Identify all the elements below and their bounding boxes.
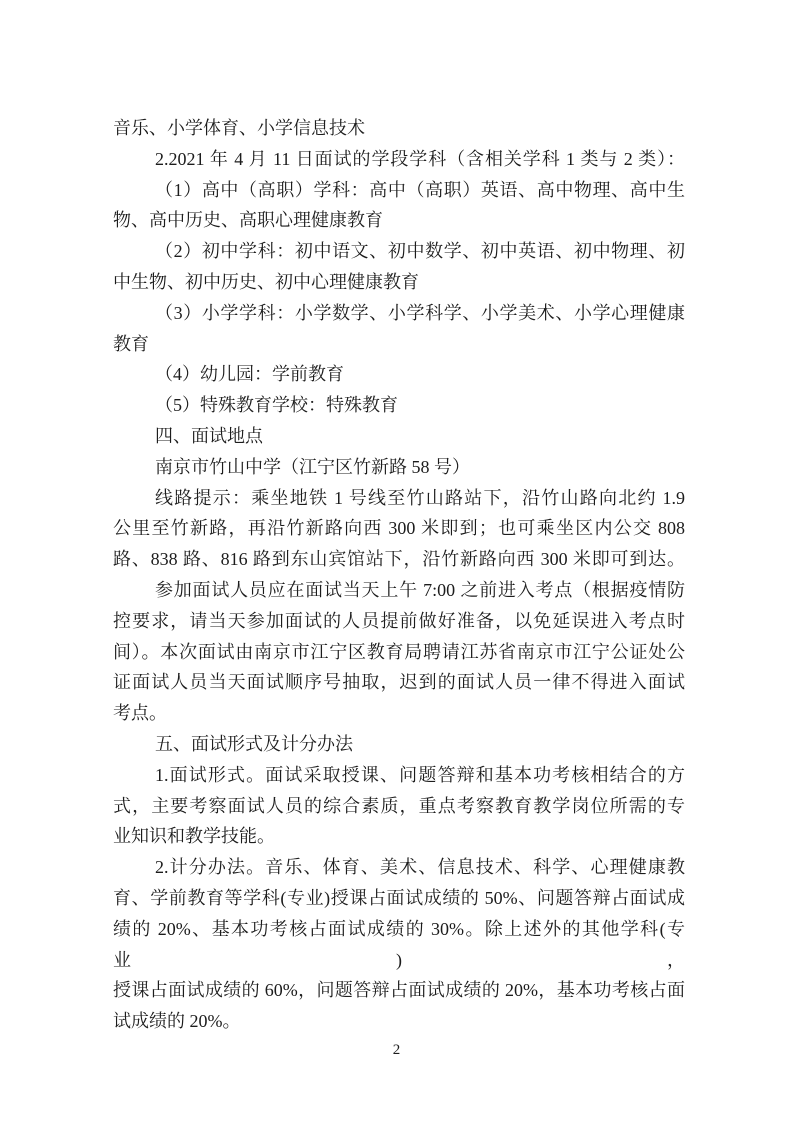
text-line: 中生物、初中历史、初中心理健康教育 — [113, 267, 685, 298]
text-line: 教育 — [113, 329, 685, 360]
text-line: 绩的 20%、基本功考核占面试成绩的 30%。除上述外的其他学科(专业)， — [113, 914, 685, 976]
page-number: 2 — [393, 1042, 401, 1058]
paragraph: 参加面试人员应在面试当天上午 7:00 之前进入考点（根据疫情防控要求，请当天参… — [113, 575, 685, 729]
paragraph: （4）幼儿园：学前教育 — [113, 359, 685, 390]
text-line: （5）特殊教育学校：特殊教育 — [113, 390, 685, 421]
document-page: 音乐、小学体育、小学信息技术2.2021 年 4 月 11 日面试的学段学科（含… — [0, 0, 793, 1122]
text-line: 试成绩的 20%。 — [113, 1006, 685, 1037]
text-line: 参加面试人员应在面试当天上午 7:00 之前进入考点（根据疫情防 — [113, 575, 685, 606]
text-line: 南京市竹山中学（江宁区竹新路 58 号） — [113, 452, 685, 483]
paragraph: 南京市竹山中学（江宁区竹新路 58 号） — [113, 452, 685, 483]
paragraph: （3）小学学科：小学数学、小学科学、小学美术、小学心理健康教育 — [113, 298, 685, 360]
paragraph: 1.面试形式。面试采取授课、问题答辩和基本功考核相结合的方式，主要考察面试人员的… — [113, 760, 685, 852]
paragraph: 四、面试地点 — [113, 421, 685, 452]
text-block: 音乐、小学体育、小学信息技术2.2021 年 4 月 11 日面试的学段学科（含… — [113, 113, 685, 1037]
text-line: 1.面试形式。面试采取授课、问题答辩和基本功考核相结合的方 — [113, 760, 685, 791]
text-line: （1）高中（高职）学科：高中（高职）英语、高中物理、高中生 — [113, 175, 685, 206]
text-line: 物、高中历史、高职心理健康教育 — [113, 205, 685, 236]
text-line: （4）幼儿园：学前教育 — [113, 359, 685, 390]
page-footer: 2 — [0, 1040, 793, 1060]
paragraph: 线路提示：乘坐地铁 1 号线至竹山路站下，沿竹山路向北约 1.9公里至竹新路，再… — [113, 483, 685, 575]
text-line: 业知识和教学技能。 — [113, 821, 685, 852]
text-line: （2）初中学科：初中语文、初中数学、初中英语、初中物理、初 — [113, 236, 685, 267]
text-line: 音乐、小学体育、小学信息技术 — [113, 113, 685, 144]
text-line: 五、面试形式及计分办法 — [113, 729, 685, 760]
text-line: 间）。本次面试由南京市江宁区教育局聘请江苏省南京市江宁公证处公 — [113, 637, 685, 668]
text-line: 育、学前教育等学科(专业)授课占面试成绩的 50%、问题答辩占面试成 — [113, 883, 685, 914]
text-line: 证面试人员当天面试顺序号抽取，迟到的面试人员一律不得进入面试 — [113, 667, 685, 698]
text-line: 式，主要考察面试人员的综合素质，重点考察教育教学岗位所需的专 — [113, 791, 685, 822]
text-line: 线路提示：乘坐地铁 1 号线至竹山路站下，沿竹山路向北约 1.9 — [113, 483, 685, 514]
text-line: （3）小学学科：小学数学、小学科学、小学美术、小学心理健康 — [113, 298, 685, 329]
text-line: 2.计分办法。音乐、体育、美术、信息技术、科学、心理健康教 — [113, 852, 685, 883]
text-line: 路、838 路、816 路到东山宾馆站下，沿竹新路向西 300 米即可到达。 — [113, 544, 685, 575]
paragraph: （5）特殊教育学校：特殊教育 — [113, 390, 685, 421]
text-line: 控要求，请当天参加面试的人员提前做好准备，以免延误进入考点时 — [113, 606, 685, 637]
text-line: 公里至竹新路，再沿竹新路向西 300 米即到；也可乘坐区内公交 808 — [113, 513, 685, 544]
paragraph: （2）初中学科：初中语文、初中数学、初中英语、初中物理、初中生物、初中历史、初中… — [113, 236, 685, 298]
paragraph: （1）高中（高职）学科：高中（高职）英语、高中物理、高中生物、高中历史、高职心理… — [113, 175, 685, 237]
paragraph: 音乐、小学体育、小学信息技术 — [113, 113, 685, 144]
text-line: 考点。 — [113, 698, 685, 729]
text-line: 授课占面试成绩的 60%，问题答辩占面试成绩的 20%，基本功考核占面 — [113, 975, 685, 1006]
paragraph: 2.计分办法。音乐、体育、美术、信息技术、科学、心理健康教育、学前教育等学科(专… — [113, 852, 685, 1037]
text-line: 四、面试地点 — [113, 421, 685, 452]
text-line: 2.2021 年 4 月 11 日面试的学段学科（含相关学科 1 类与 2 类）… — [113, 144, 685, 175]
paragraph: 2.2021 年 4 月 11 日面试的学段学科（含相关学科 1 类与 2 类）… — [113, 144, 685, 175]
paragraph: 五、面试形式及计分办法 — [113, 729, 685, 760]
